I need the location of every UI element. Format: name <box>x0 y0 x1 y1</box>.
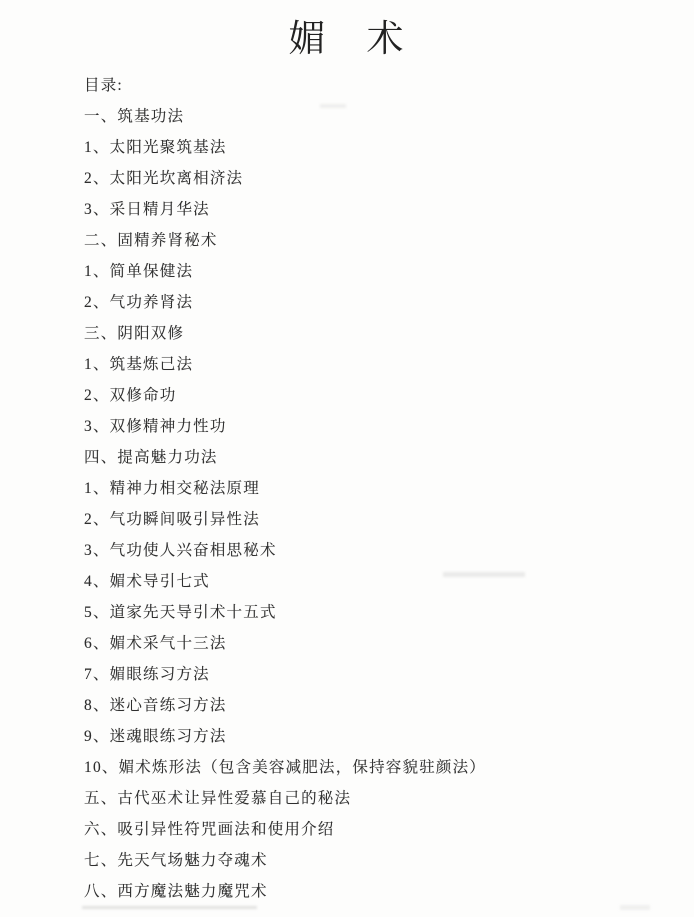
toc-item: 1、太阳光聚筑基法 <box>84 132 644 163</box>
toc-item: 二、固精养肾秘术 <box>84 225 644 256</box>
toc-item: 三、阴阳双修 <box>84 318 644 349</box>
toc-item: 2、太阳光坎离相济法 <box>84 163 644 194</box>
toc-item: 10、媚术炼形法（包含美容减肥法，保持容貌驻颜法） <box>84 752 644 783</box>
toc-item: 8、迷心音练习方法 <box>84 690 644 721</box>
page-title: 媚 术 <box>0 8 694 62</box>
toc-item: 六、吸引异性符咒画法和使用介绍 <box>84 814 644 845</box>
toc-item: 3、气功使人兴奋相思秘术 <box>84 535 644 566</box>
toc-item: 5、道家先天导引术十五式 <box>84 597 644 628</box>
toc-item: 2、气功瞬间吸引异性法 <box>84 504 644 535</box>
toc-item: 八、西方魔法魅力魔咒术 <box>84 876 644 907</box>
toc-item: 1、简单保健法 <box>84 256 644 287</box>
toc-item: 9、迷魂眼练习方法 <box>84 721 644 752</box>
scanned-document-page: 媚 术 目录: 一、筑基功法 1、太阳光聚筑基法 2、太阳光坎离相济法 3、采日… <box>0 0 694 917</box>
toc-list: 目录: 一、筑基功法 1、太阳光聚筑基法 2、太阳光坎离相济法 3、采日精月华法… <box>84 70 644 907</box>
toc-item: 七、先天气场魅力夺魂术 <box>84 845 644 876</box>
toc-item: 一、筑基功法 <box>84 101 644 132</box>
toc-item: 1、精神力相交秘法原理 <box>84 473 644 504</box>
toc-item: 四、提高魅力功法 <box>84 442 644 473</box>
toc-item: 7、媚眼练习方法 <box>84 659 644 690</box>
toc-item: 6、媚术采气十三法 <box>84 628 644 659</box>
toc-label: 目录: <box>84 70 644 101</box>
toc-item: 3、采日精月华法 <box>84 194 644 225</box>
toc-item: 2、双修命功 <box>84 380 644 411</box>
toc-item: 4、媚术导引七式 <box>84 566 644 597</box>
toc-item: 五、古代巫术让异性爱慕自己的秘法 <box>84 783 644 814</box>
toc-item: 1、筑基炼己法 <box>84 349 644 380</box>
toc-item: 2、气功养肾法 <box>84 287 644 318</box>
toc-item: 3、双修精神力性功 <box>84 411 644 442</box>
